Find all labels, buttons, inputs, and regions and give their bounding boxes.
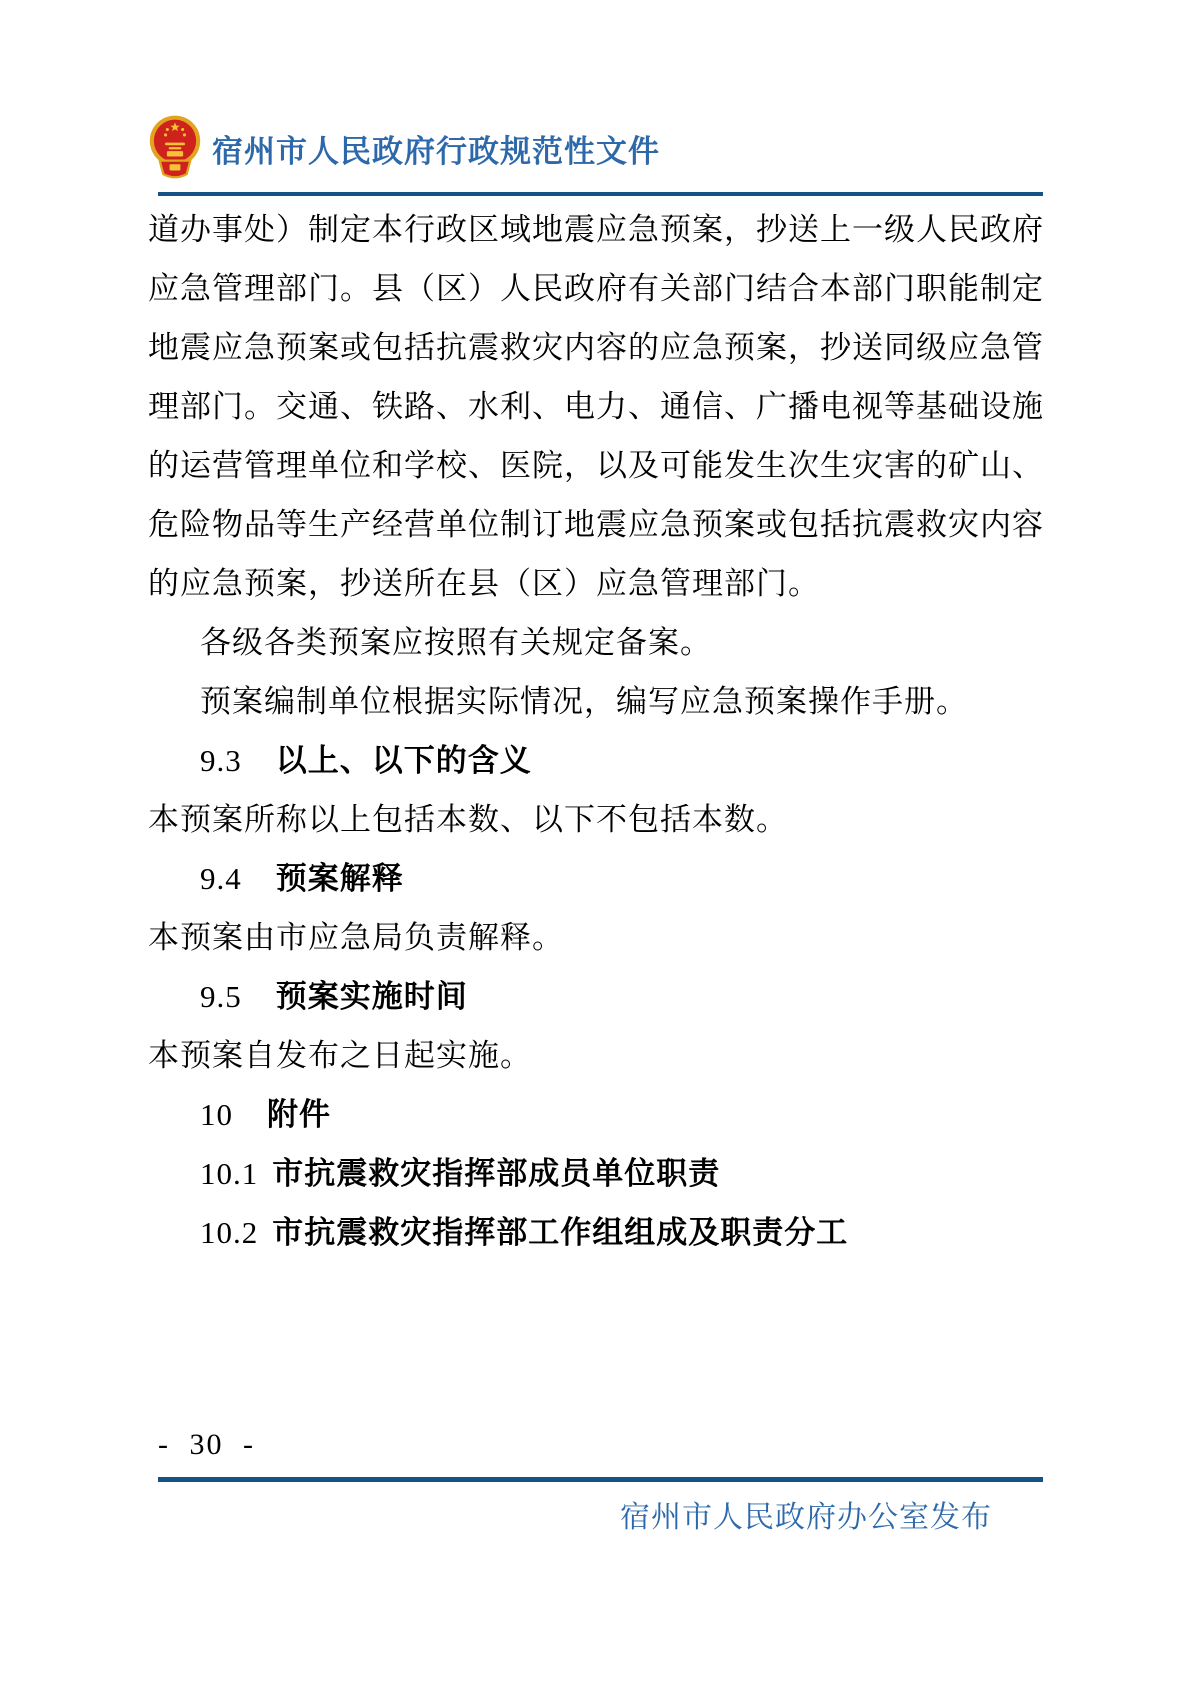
paragraph-9-3: 本预案所称以上包括本数、以下不包括本数。 — [148, 790, 1044, 849]
heading-9-3-number: 9.3 — [200, 743, 242, 778]
document-body: 道办事处）制定本行政区域地震应急预案，抄送上一级人民政府应急管理部门。县（区）人… — [148, 200, 1044, 1262]
national-emblem-icon — [148, 113, 202, 183]
paragraph-9-5: 本预案自发布之日起实施。 — [148, 1026, 1044, 1085]
heading-10-1-number: 10.1 — [200, 1156, 258, 1191]
heading-10-2-number: 10.2 — [200, 1215, 258, 1250]
document-page: 宿州市人民政府行政规范性文件 道办事处）制定本行政区域地震应急预案，抄送上一级人… — [0, 0, 1190, 1683]
heading-9-5-number: 9.5 — [200, 979, 242, 1014]
heading-10-1: 10.1市抗震救灾指挥部成员单位职责 — [148, 1144, 1044, 1203]
document-header: 宿州市人民政府行政规范性文件 — [148, 110, 1044, 186]
heading-9-4-number: 9.4 — [200, 861, 242, 896]
heading-10-1-title: 市抗震救灾指挥部成员单位职责 — [272, 1156, 720, 1191]
heading-9-3: 9.3以上、以下的含义 — [148, 731, 1044, 790]
document-series-title: 宿州市人民政府行政规范性文件 — [212, 126, 660, 171]
page-number: - 30 - — [158, 1428, 255, 1462]
heading-10-title: 附件 — [267, 1097, 331, 1132]
header-divider — [158, 192, 1043, 196]
footer-publisher: 宿州市人民政府办公室发布 — [148, 1496, 1044, 1540]
paragraph-manual: 预案编制单位根据实际情况，编写应急预案操作手册。 — [148, 672, 1044, 731]
paragraph-9-4: 本预案由市应急局负责解释。 — [148, 908, 1044, 967]
heading-9-4-title: 预案解释 — [276, 861, 404, 896]
heading-9-5: 9.5预案实施时间 — [148, 967, 1044, 1026]
paragraph-filing: 各级各类预案应按照有关规定备案。 — [148, 613, 1044, 672]
footer-divider — [158, 1477, 1043, 1482]
heading-9-3-title: 以上、以下的含义 — [276, 743, 532, 778]
heading-10-2: 10.2市抗震救灾指挥部工作组组成及职责分工 — [148, 1203, 1044, 1262]
heading-10-number: 10 — [200, 1097, 233, 1132]
heading-10-2-title: 市抗震救灾指挥部工作组组成及职责分工 — [272, 1215, 848, 1250]
paragraph-main: 道办事处）制定本行政区域地震应急预案，抄送上一级人民政府应急管理部门。县（区）人… — [148, 200, 1044, 613]
heading-10-attachments: 10附件 — [148, 1085, 1044, 1144]
heading-9-4: 9.4预案解释 — [148, 849, 1044, 908]
heading-9-5-title: 预案实施时间 — [276, 979, 468, 1014]
